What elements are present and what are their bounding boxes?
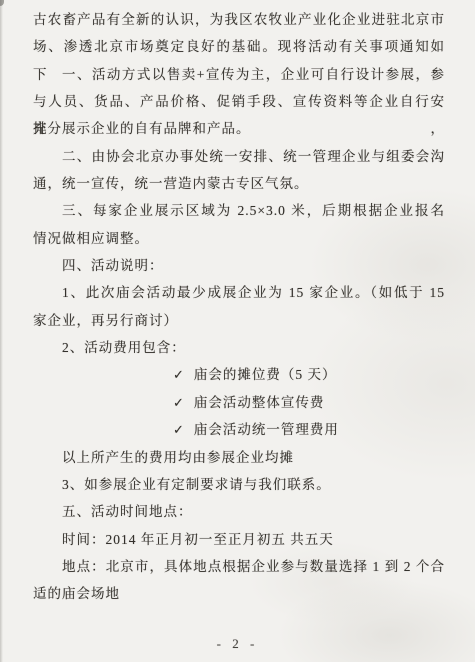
check-item-label: 庙会活动整体宣传费 — [194, 395, 325, 410]
document-line: 时间：2014 年正月初一至正月初五 共五天 — [33, 526, 445, 553]
document-line: 一、活动方式以售卖+宣传为主，企业可自行设计参展，参 — [33, 61, 445, 88]
document-line: ✓庙会的摊位费（5 天） — [33, 361, 445, 388]
document-line: 二、由协会北京办事处统一安排、统一管理企业与组委会沟 — [33, 143, 445, 170]
document-line: 适的庙会场地 — [33, 580, 445, 607]
document-line: 通，统一宣传，统一营造内蒙古专区气氛。 — [33, 170, 445, 197]
checkmark-icon: ✓ — [103, 417, 185, 444]
document-line: 情况做相应调整。 — [33, 225, 445, 252]
document-line: 3、如参展企业有定制要求请与我们联系。 — [33, 471, 445, 498]
document-line: 与人员、货品、产品价格、促销手段、宣传资料等企业自行安排， — [33, 88, 445, 115]
document-line: 以上所产生的费用均由参展企业均摊 — [33, 444, 445, 471]
document-line: 四、活动说明： — [33, 252, 445, 279]
document-line: 场、渗透北京市场奠定良好的基础。现将活动有关事项通知如下： — [33, 33, 445, 60]
document-line: ✓庙会活动统一管理费用 — [33, 416, 445, 443]
document-line: 五、活动时间地点： — [33, 498, 445, 525]
document-line: 家企业，再另行商讨） — [33, 307, 445, 334]
checkmark-icon: ✓ — [103, 362, 185, 389]
check-item-label: 庙会活动统一管理费用 — [194, 422, 339, 437]
document-line: 古农畜产品有全新的认识，为我区农牧业产业化企业进驻北京市 — [33, 6, 445, 33]
document-line: ✓庙会活动整体宣传费 — [33, 389, 445, 416]
document-line: 2、活动费用包含： — [33, 334, 445, 361]
document-body: 古农畜产品有全新的认识，为我区农牧业产业化企业进驻北京市场、渗透北京市场奠定良好… — [33, 6, 445, 608]
document-line: 地点：北京市，具体地点根据企业参与数量选择 1 到 2 个合 — [33, 553, 445, 580]
check-item-label: 庙会的摊位费（5 天） — [194, 367, 337, 382]
document-line: 1、此次庙会活动最少成展企业为 15 家企业。（如低于 15 — [33, 279, 445, 306]
checkmark-icon: ✓ — [103, 390, 185, 417]
document-page: 古农畜产品有全新的认识，为我区农牧业产业化企业进驻北京市场、渗透北京市场奠定良好… — [0, 0, 475, 662]
page-number: - 2 - — [0, 634, 475, 654]
document-line: 三、每家企业展示区域为 2.5×3.0 米，后期根据企业报名 — [33, 197, 445, 224]
